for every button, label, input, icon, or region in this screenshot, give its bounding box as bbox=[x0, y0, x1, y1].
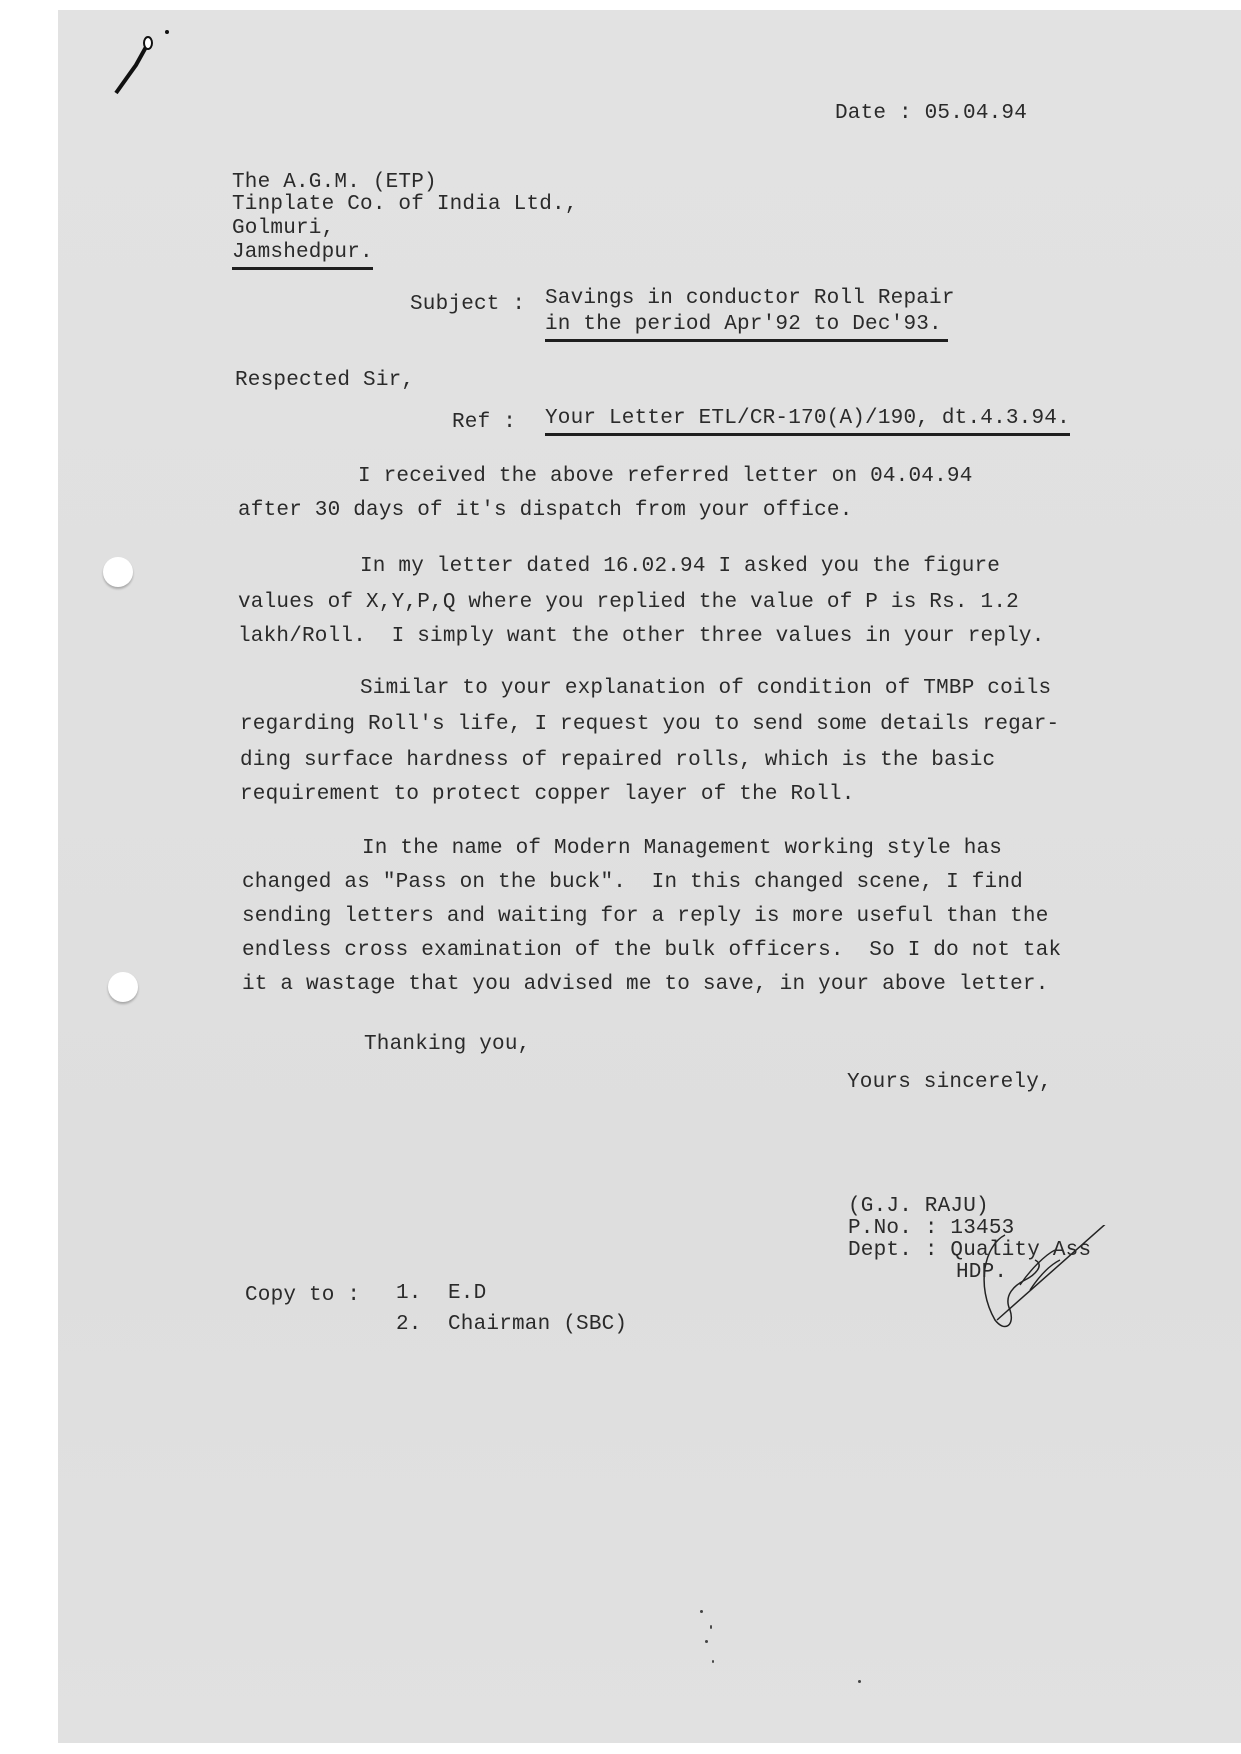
paragraph-3-line-4: requirement to protect copper layer of t… bbox=[240, 784, 855, 805]
date-line: Date : 05.04.94 bbox=[835, 103, 1027, 124]
speck bbox=[858, 1680, 861, 1683]
date-label: Date bbox=[835, 102, 886, 125]
paragraph-4-line-1: In the name of Modern Management working… bbox=[362, 838, 1002, 859]
paragraph-4-line-3: sending letters and waiting for a reply … bbox=[242, 906, 1049, 927]
paragraph-1-line-1: I received the above referred letter on … bbox=[358, 466, 973, 487]
subject-label: Subject : bbox=[410, 294, 525, 315]
salutation: Respected Sir, bbox=[235, 370, 414, 391]
dept-value: Quality Ass bbox=[950, 1239, 1091, 1262]
paragraph-4-line-5: it a wastage that you advised me to save… bbox=[242, 974, 1049, 995]
paragraph-3-line-1: Similar to your explanation of condition… bbox=[360, 678, 1051, 699]
signatory-name: (G.J. RAJU) bbox=[848, 1196, 989, 1217]
speck bbox=[710, 1625, 712, 1629]
paragraph-1-line-2: after 30 days of it's dispatch from your… bbox=[238, 500, 853, 521]
ref-label: Ref : bbox=[452, 412, 516, 433]
recipient-line-4: Jamshedpur. bbox=[232, 242, 373, 270]
punch-hole-bottom bbox=[108, 972, 138, 1002]
subject-line-1: Savings in conductor Roll Repair bbox=[545, 288, 955, 309]
recipient-line-2: Tinplate Co. of India Ltd., bbox=[232, 194, 578, 215]
copy-to-item-1: E.D bbox=[448, 1283, 486, 1304]
paragraph-3-line-3: ding surface hardness of repaired rolls,… bbox=[240, 750, 995, 771]
pno-value: 13453 bbox=[950, 1217, 1014, 1240]
ink-mark-icon bbox=[108, 25, 178, 100]
paragraph-2-line-1: In my letter dated 16.02.94 I asked you … bbox=[360, 556, 1000, 577]
signoff: Yours sincerely, bbox=[847, 1072, 1052, 1093]
dept-label: Dept. bbox=[848, 1239, 912, 1262]
paragraph-3-line-2: regarding Roll's life, I request you to … bbox=[240, 714, 1059, 735]
signatory-dept-2: HDP. bbox=[956, 1262, 1007, 1283]
pno-label: P.No. bbox=[848, 1217, 912, 1240]
speck bbox=[705, 1640, 708, 1643]
subject-line-2: in the period Apr'92 to Dec'93. bbox=[545, 314, 948, 342]
paragraph-2-line-2: values of X,Y,P,Q where you replied the … bbox=[238, 592, 1019, 613]
punch-hole-top bbox=[103, 557, 133, 587]
recipient-line-3: Golmuri, bbox=[232, 218, 334, 239]
copy-to-label: Copy to : bbox=[245, 1285, 360, 1306]
paragraph-4-line-4: endless cross examination of the bulk of… bbox=[242, 940, 1061, 961]
closing: Thanking you, bbox=[364, 1034, 530, 1055]
speck bbox=[700, 1610, 703, 1613]
copy-to-item-2: Chairman (SBC) bbox=[448, 1314, 627, 1335]
speck bbox=[712, 1660, 714, 1663]
signatory-dept: Dept. : Quality Ass bbox=[848, 1240, 1091, 1261]
recipient-line-1: The A.G.M. (ETP) bbox=[232, 172, 437, 193]
paragraph-2-line-3: lakh/Roll. I simply want the other three… bbox=[238, 626, 1045, 647]
paragraph-4-line-2: changed as "Pass on the buck". In this c… bbox=[242, 872, 1023, 893]
copy-to-num-1: 1. bbox=[396, 1283, 422, 1304]
signatory-pno: P.No. : 13453 bbox=[848, 1218, 1014, 1239]
date-value: 05.04.94 bbox=[925, 102, 1027, 125]
ref-value: Your Letter ETL/CR-170(A)/190, dt.4.3.94… bbox=[545, 408, 1070, 436]
copy-to-num-2: 2. bbox=[396, 1314, 422, 1335]
